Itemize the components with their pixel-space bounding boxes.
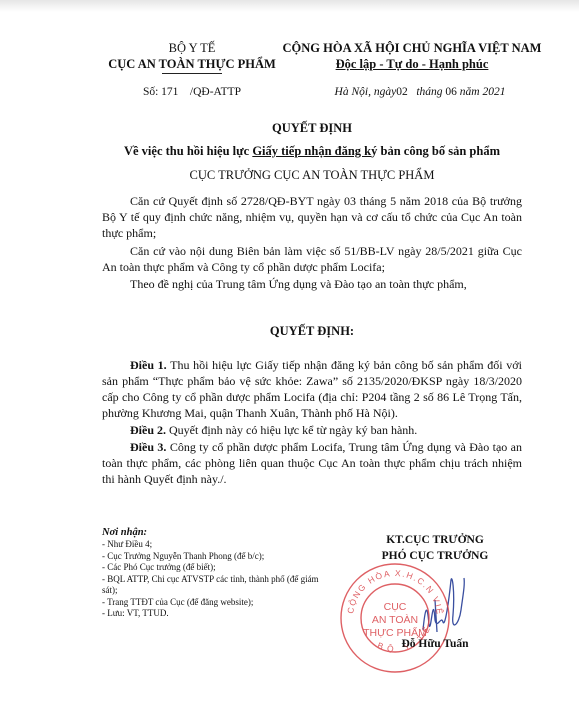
article-text: Quyết định này có hiệu lực kể từ ngày ký… bbox=[166, 423, 417, 437]
svg-text:CỤC: CỤC bbox=[384, 601, 407, 613]
issuer-header: BỘ Y TẾ CỤC AN TOÀN THỰC PHẨM bbox=[92, 40, 292, 74]
official-seal-icon: CỘNG HÒA X.H.C.N VIỆT NAM BỘ Y TẾ CỤC AN… bbox=[337, 560, 453, 676]
subject-underlined: Giấy tiếp nhận đăng k bbox=[252, 144, 371, 158]
subject-pre: Về việc thu hồi hiệu lực bbox=[124, 144, 252, 158]
preamble-text: Căn cứ vào nội dung Biên bản làm việc số… bbox=[102, 244, 522, 274]
recipient-item: - Các Phó Cục trưởng (để biết); bbox=[102, 562, 322, 574]
signature-title-1: KT.CỤC TRƯỞNG bbox=[345, 532, 525, 548]
agency-name: CỤC AN TOÀN THỰC PHẨM bbox=[92, 56, 292, 72]
date-day: 02 bbox=[396, 86, 408, 98]
date-place: Hà Nội, ngày bbox=[335, 86, 397, 98]
document-number: Số: 171 /QĐ-ATTP bbox=[92, 86, 292, 98]
recipient-item: - Như Điều 4; bbox=[102, 539, 322, 551]
authority-heading: CỤC TRƯỞNG CỤC AN TOÀN THỰC PHẨM bbox=[92, 168, 532, 183]
recipients-block: Nơi nhận: - Như Điều 4; - Cục Trưởng Ngu… bbox=[102, 526, 322, 620]
document-title: QUYẾT ĐỊNH bbox=[92, 121, 532, 136]
signer-name: Đỗ Hữu Tuấn bbox=[345, 636, 525, 652]
svg-text:AN TOÀN: AN TOÀN bbox=[372, 613, 418, 626]
date-month-label: tháng bbox=[416, 86, 442, 98]
subject-post: ý bản công bố sản phẩm bbox=[371, 144, 500, 158]
preamble-3: Theo đề nghị của Trung tâm Ứng dụng và Đ… bbox=[102, 276, 522, 292]
document-subject: Về việc thu hồi hiệu lực Giấy tiếp nhận … bbox=[92, 144, 532, 159]
article-label: Điều 1. bbox=[130, 358, 167, 372]
article-label: Điều 3. bbox=[130, 440, 166, 454]
recipient-item: - Trang TTĐT của Cục (để đăng website); bbox=[102, 597, 322, 609]
preamble-text: Căn cứ Quyết định số 2728/QĐ-BYT ngày 03… bbox=[102, 194, 522, 240]
national-motto: Độc lập - Tự do - Hạnh phúc bbox=[282, 56, 542, 72]
article-1: Điều 1. Thu hồi hiệu lực Giấy tiếp nhận … bbox=[102, 357, 522, 421]
article-label: Điều 2. bbox=[130, 423, 166, 437]
agency-underline bbox=[162, 73, 222, 74]
preamble-1: Căn cứ Quyết định số 2728/QĐ-BYT ngày 03… bbox=[102, 193, 522, 241]
recipient-item: - BQL ATTP, Chi cục ATVSTP các tỉnh, thà… bbox=[102, 574, 322, 597]
national-header: CỘNG HÒA XÃ HỘI CHỦ NGHĨA VIỆT NAM Độc l… bbox=[282, 40, 542, 72]
decision-heading: QUYẾT ĐỊNH: bbox=[92, 324, 532, 339]
recipients-title: Nơi nhận: bbox=[102, 526, 322, 539]
article-2: Điều 2. Quyết định này có hiệu lực kể từ… bbox=[102, 422, 522, 438]
ministry-name: BỘ Y TẾ bbox=[92, 40, 292, 56]
recipient-item: - Lưu: VT, TTUD. bbox=[102, 608, 322, 620]
number-suffix: /QĐ-ATTP bbox=[190, 86, 241, 98]
number-value: 171 bbox=[161, 86, 178, 98]
number-label: Số: bbox=[143, 86, 158, 98]
date-year: năm 2021 bbox=[460, 86, 506, 98]
date-month: 06 bbox=[445, 86, 457, 98]
preamble-2: Căn cứ vào nội dung Biên bản làm việc số… bbox=[102, 243, 522, 275]
country-name: CỘNG HÒA XÃ HỘI CHỦ NGHĨA VIỆT NAM bbox=[282, 40, 542, 56]
recipient-item: - Cục Trưởng Nguyễn Thanh Phong (để b/c)… bbox=[102, 551, 322, 563]
article-3: Điều 3. Công ty cổ phần dược phẩm Locifa… bbox=[102, 439, 522, 487]
document-page: BỘ Y TẾ CỤC AN TOÀN THỰC PHẨM CỘNG HÒA X… bbox=[0, 0, 579, 706]
document-date: Hà Nội, ngày02 tháng 06 năm 2021 bbox=[300, 86, 540, 98]
preamble-text: Theo đề nghị của Trung tâm Ứng dụng và Đ… bbox=[130, 277, 467, 291]
